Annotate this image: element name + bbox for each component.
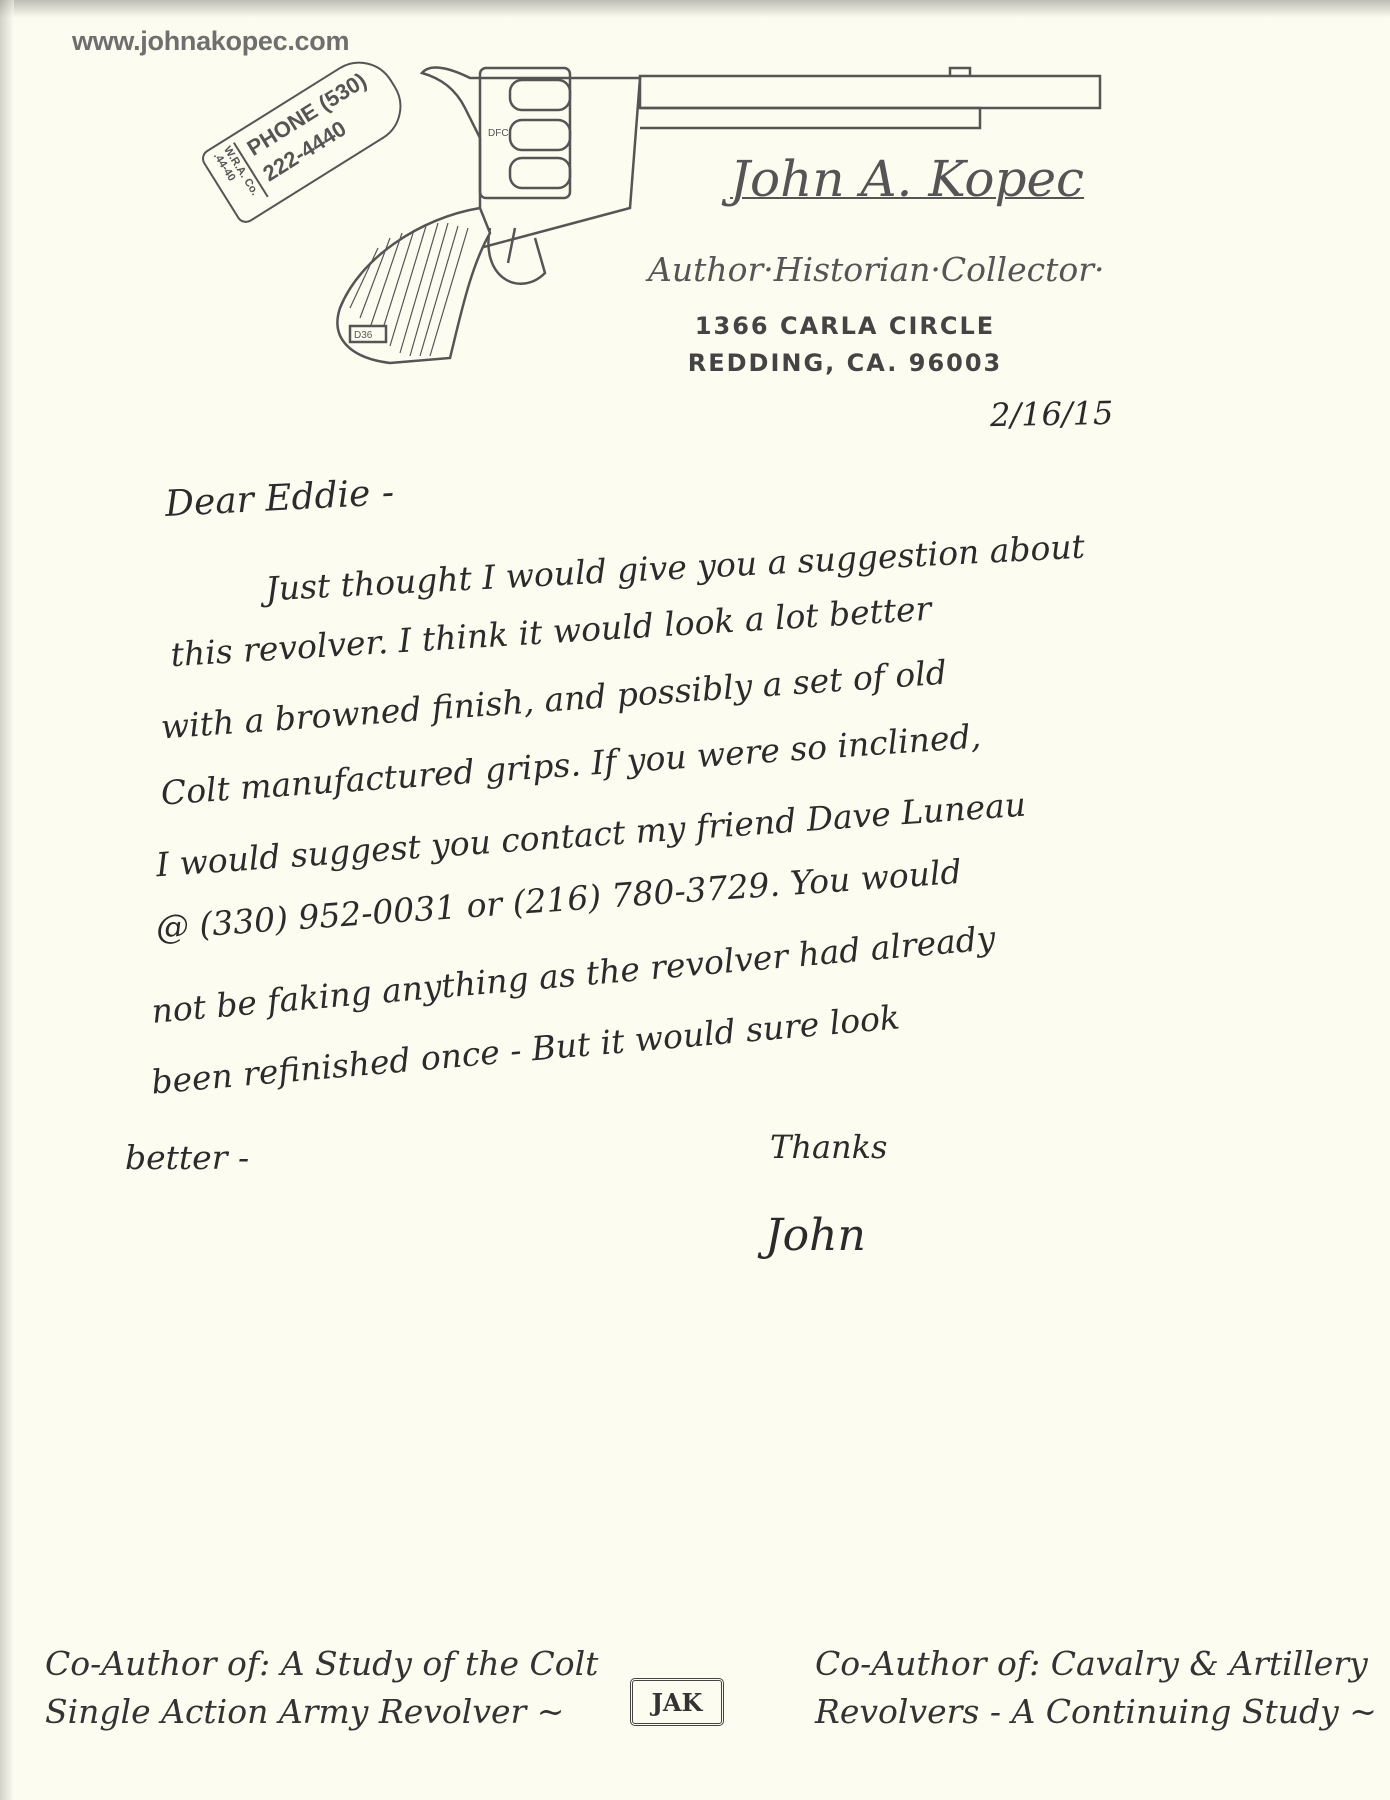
footer-left-line-2: Single Action Army Revolver ~ [45, 1688, 598, 1736]
address-line-1: 1366 CARLA CIRCLE [660, 308, 1030, 345]
letter-page: www.johnakopec.com W.R.A. Co. .44-40 PHO… [0, 0, 1390, 1800]
footer-right-line-2: Revolvers - A Continuing Study ~ [815, 1688, 1377, 1736]
footer-book-right: Co-Author of: Cavalry & Artillery Revolv… [815, 1640, 1377, 1736]
letterhead-address: 1366 CARLA CIRCLE REDDING, CA. 96003 [660, 308, 1030, 382]
svg-text:D36: D36 [354, 330, 373, 341]
letterhead-name: John A. Kopec [730, 150, 1084, 208]
body-line: better - [125, 1138, 249, 1177]
salutation: Dear Eddie - [164, 472, 395, 525]
website-url: www.johnakopec.com [72, 26, 349, 57]
monogram-badge: JAK [630, 1678, 724, 1726]
footer-left-line-1: Co-Author of: A Study of the Colt [45, 1640, 598, 1688]
signature: John [765, 1210, 866, 1261]
svg-text:DFC: DFC [488, 128, 509, 139]
letterhead-title: Author·Historian·Collector· [648, 250, 1105, 289]
scan-shadow-left [0, 0, 14, 1800]
closing: Thanks [770, 1128, 887, 1166]
body-line: Just thought I would give you a suggesti… [265, 527, 1086, 609]
scan-shadow-top [0, 0, 1390, 18]
footer-book-left: Co-Author of: A Study of the Colt Single… [45, 1640, 598, 1736]
footer-right-line-1: Co-Author of: Cavalry & Artillery [815, 1640, 1377, 1688]
letter-date: 2/16/15 [990, 394, 1114, 434]
address-line-2: REDDING, CA. 96003 [660, 345, 1030, 382]
